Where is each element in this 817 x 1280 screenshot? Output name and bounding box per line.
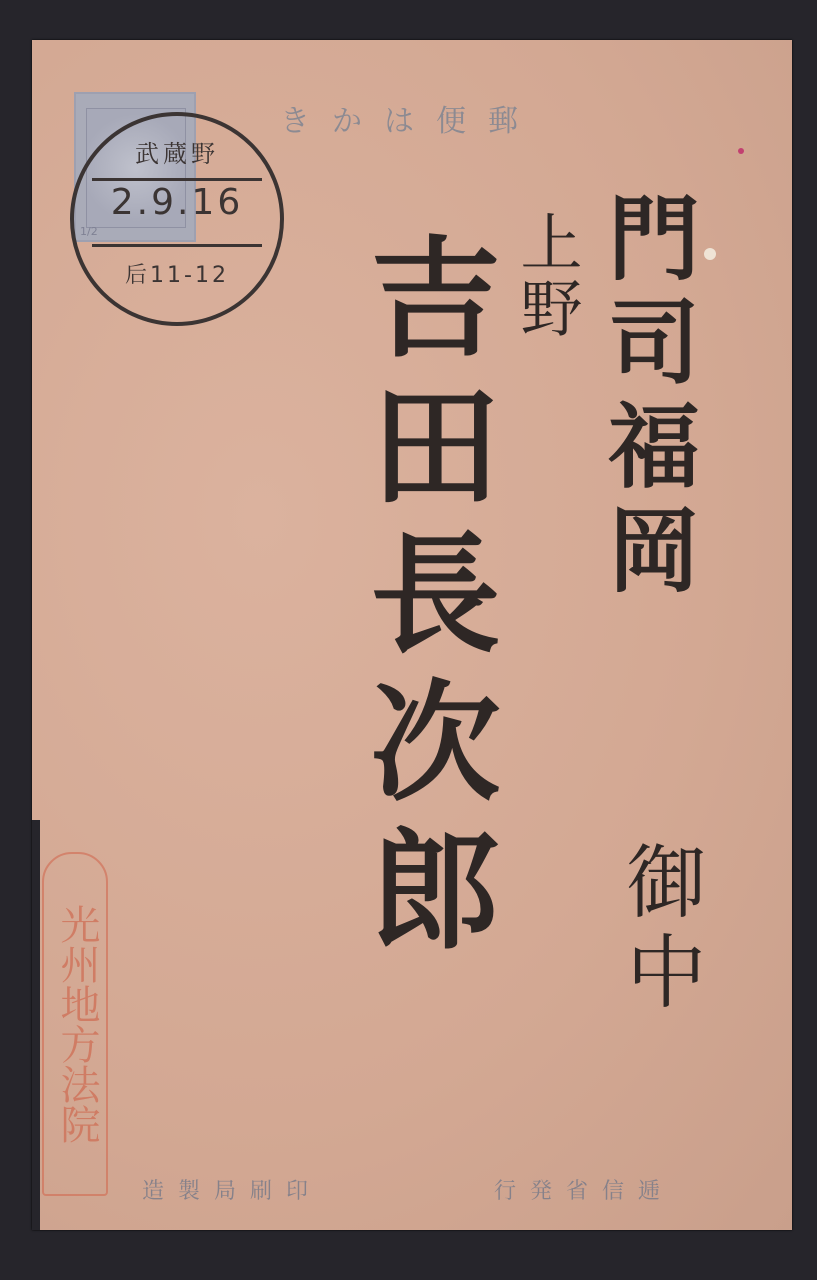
postmark: 武蔵野 2.9.16 后11-12	[70, 112, 284, 326]
footer-issuer: 逓信省発行	[494, 1174, 674, 1205]
pinhole	[704, 248, 716, 260]
honorific: 御中	[602, 840, 717, 1020]
red-seal: 光州地方法院	[42, 852, 108, 1196]
postcard-title: 郵便はかき	[280, 96, 540, 140]
postmark-time: 后11-12	[74, 258, 280, 289]
postmark-date: 2.9.16	[74, 182, 280, 223]
address-main: 門司福岡	[592, 190, 702, 606]
footer-printer: 印刷局製造	[142, 1174, 322, 1205]
recipient-name: 吉田長次郎	[332, 230, 519, 970]
postmark-line	[92, 178, 262, 181]
postmark-office: 武蔵野	[74, 134, 280, 169]
torn-edge	[32, 820, 40, 1230]
postcard: 1/2 武蔵野 2.9.16 后11-12 郵便はかき 門司福岡 上野 吉田長次…	[32, 40, 792, 1230]
postmark-line	[92, 244, 262, 247]
ink-spot	[738, 148, 744, 154]
